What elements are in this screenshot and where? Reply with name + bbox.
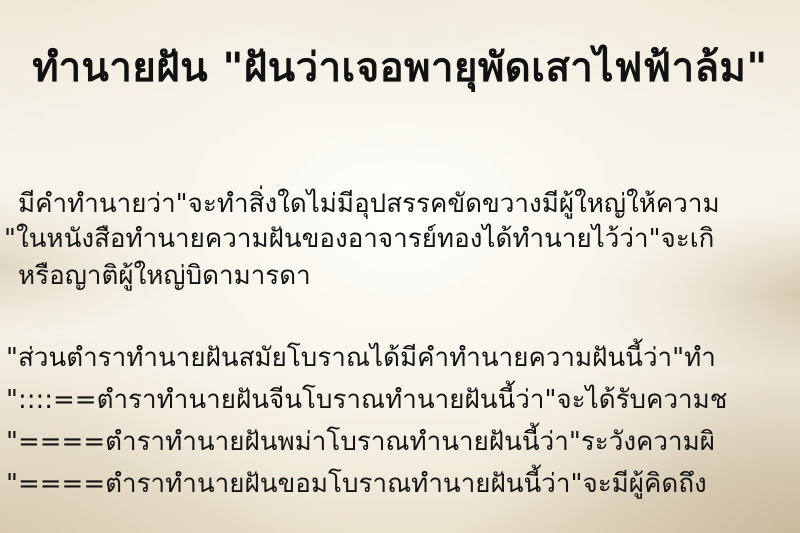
interpretation-line-5: "::::==ตำราทำนายฝันจีนโบราณทำนายฝันนี้ว่… (6, 382, 727, 418)
interpretation-line-7: "====ตำราทำนายฝันขอมโบราณทำนายฝันนี้ว่า"… (6, 466, 707, 502)
interpretation-line-4: "ส่วนตำราทำนายฝันสมัยโบราณได้มีคำทำนายคว… (6, 340, 716, 376)
interpretation-line-6: "====ตำราทำนายฝันพม่าโบราณทำนายฝันนี้ว่า… (6, 424, 715, 460)
interpretation-line-2: "ในหนังสือทำนายความฝันของอาจารย์ทองได้ทำ… (4, 221, 714, 257)
page-title: ทำนายฝัน "ฝันว่าเจอพายุพัดเสาไฟฟ้าล้ม" (0, 35, 800, 99)
interpretation-line-1: มีคำทำนายว่า"จะทำสิ่งใดไม่มีอุปสรรคขัดขว… (18, 186, 720, 222)
interpretation-line-3: หรือญาติผู้ใหญ่บิดามารดา (18, 258, 311, 294)
